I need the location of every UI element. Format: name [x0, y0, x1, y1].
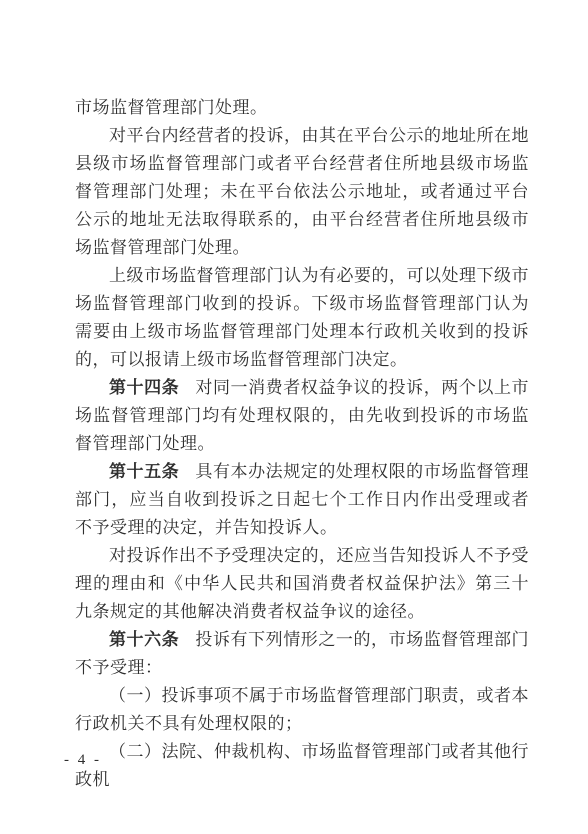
article-number: 第十五条	[109, 462, 179, 481]
paragraph-item-2: （二）法院、仲裁机构、市场监督管理部门或者其他行政机	[75, 738, 529, 794]
paragraph-text: 市场监督管理部门处理。	[75, 98, 268, 117]
paragraph-item-1: （一）投诉事项不属于市场监督管理部门职责，或者本行政机关不具有处理权限的；	[75, 682, 529, 738]
article-number: 第十六条	[109, 630, 179, 649]
document-body: 市场监督管理部门处理。 对平台内经营者的投诉，由其在平台公示的地址所在地县级市场…	[75, 94, 529, 794]
paragraph-article-16: 第十六条投诉有下列情形之一的，市场监督管理部门不予受理：	[75, 626, 529, 682]
paragraph-article-14: 第十四条对同一消费者权益争议的投诉，两个以上市场监督管理部门均有处理权限的，由先…	[75, 374, 529, 458]
page-number: - 4 -	[64, 752, 102, 768]
paragraph-text: （一）投诉事项不属于市场监督管理部门职责，或者本行政机关不具有处理权限的；	[75, 686, 529, 733]
paragraph-text: 对平台内经营者的投诉，由其在平台公示的地址所在地县级市场监督管理部门或者平台经营…	[75, 126, 529, 257]
paragraph: 对平台内经营者的投诉，由其在平台公示的地址所在地县级市场监督管理部门或者平台经营…	[75, 122, 529, 262]
paragraph-text: 对投诉作出不予受理决定的，还应当告知投诉人不予受理的理由和《中华人民共和国消费者…	[75, 546, 529, 621]
paragraph-text: 上级市场监督管理部门认为有必要的，可以处理下级市场监督管理部门收到的投诉。下级市…	[75, 266, 529, 369]
paragraph-text: （二）法院、仲裁机构、市场监督管理部门或者其他行政机	[75, 742, 529, 789]
paragraph: 上级市场监督管理部门认为有必要的，可以处理下级市场监督管理部门收到的投诉。下级市…	[75, 262, 529, 374]
paragraph-article-15: 第十五条具有本办法规定的处理权限的市场监督管理部门，应当自收到投诉之日起七个工作…	[75, 458, 529, 542]
document-page: 市场监督管理部门处理。 对平台内经营者的投诉，由其在平台公示的地址所在地县级市场…	[0, 0, 588, 834]
article-number: 第十四条	[109, 378, 179, 397]
paragraph: 对投诉作出不予受理决定的，还应当告知投诉人不予受理的理由和《中华人民共和国消费者…	[75, 542, 529, 626]
paragraph-continuation: 市场监督管理部门处理。	[75, 94, 529, 122]
